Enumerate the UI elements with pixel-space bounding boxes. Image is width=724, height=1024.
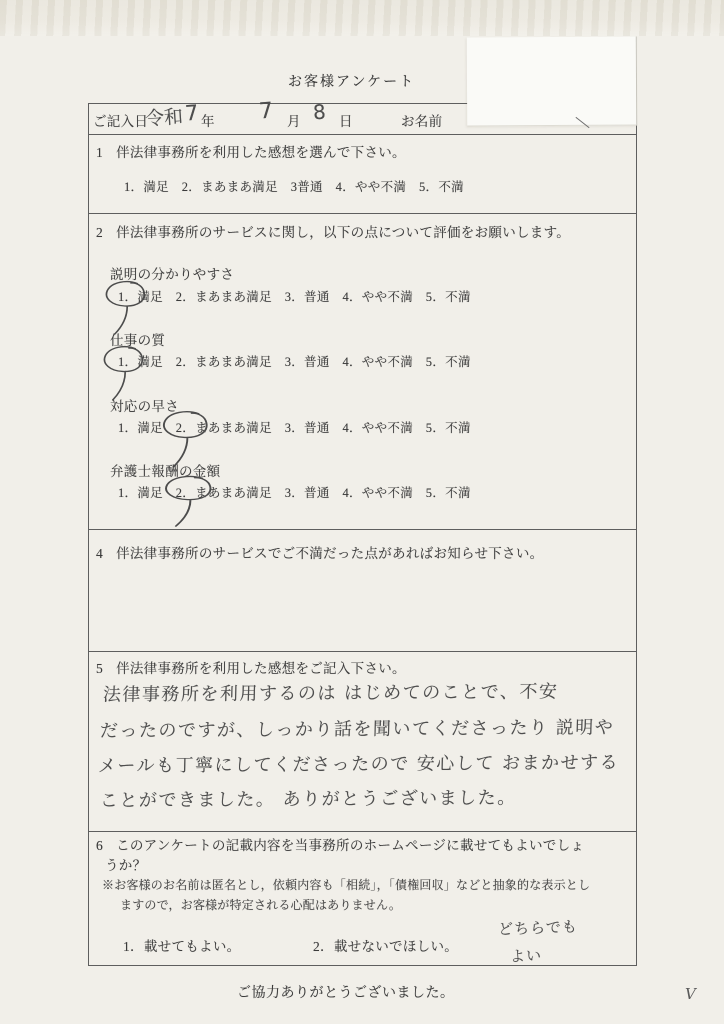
q2-prompt-line: 2伴法律事務所のサービスに関し，以下の点について評価をお願いします。 (96, 221, 570, 241)
scan-edge-artifact (0, 0, 724, 36)
rating-options-work-quality: 1．満足 2．まあまあ満足 3．普通 4．やや不満 5．不満 (118, 352, 471, 370)
handwritten-comment-line-1: 法律事務所を利用するのは はじめてのことで、不安 (103, 677, 559, 706)
q2-number: 2 (96, 225, 103, 241)
q5-number: 5 (96, 661, 103, 677)
rating-options-explanation-clarity: 1．満足 2．まあまあ満足 3．普通 4．やや不満 5．不満 (118, 287, 471, 305)
handwritten-comment-line-4: ことができました。 ありがとうございました。 (100, 784, 518, 813)
month-unit-label: 月 (287, 110, 301, 130)
q4-prompt: 伴法律事務所のサービスでご不満だった点があればお知らせ下さい。 (116, 546, 543, 561)
name-label: お名前 (401, 110, 442, 130)
handwritten-comment-line-3: メールも丁寧にしてくださったので 安心して おまかせする (98, 748, 620, 778)
q6-prompt-line-2: うか？ (105, 854, 146, 874)
handwritten-day: 8 (312, 100, 326, 125)
q5-prompt: 伴法律事務所を利用した感想をご記入下さい。 (116, 661, 406, 676)
date-label: ご記入日 (93, 110, 148, 130)
q6-prompt: このアンケートの記載内容を当事務所のホームページに載せてもよいでしょ (116, 838, 584, 853)
handwritten-year: 7 (184, 101, 199, 126)
handwritten-circle-choice-2 (162, 474, 216, 528)
handwritten-answer-line-2: よい (510, 944, 543, 966)
row-divider-q2 (88, 529, 637, 530)
form-title: お客様アンケート (288, 71, 415, 91)
handwritten-circle-choice-1 (101, 344, 147, 402)
q6-note-line-2: ますので，お客様が特定される心配はありません。 (120, 896, 401, 913)
handwritten-era: 令和 (144, 102, 184, 132)
row-divider-q1 (88, 213, 637, 214)
footer-thanks: ご協力ありがとうございました。 (237, 982, 455, 1002)
q4-prompt-line: 4伴法律事務所のサービスでご不満だった点があればお知らせ下さい。 (96, 542, 543, 562)
q5-prompt-line: 5伴法律事務所を利用した感想をご記入下さい。 (96, 657, 406, 677)
row-divider-header (88, 134, 637, 135)
redaction-tape (467, 37, 637, 127)
q6-option-publish-no: 2．載せないでほしい。 (313, 935, 458, 955)
row-divider-q4 (88, 651, 637, 652)
year-unit-label: 年 (201, 110, 215, 130)
row-divider-q5 (88, 831, 637, 832)
day-unit-label: 日 (339, 110, 353, 130)
handwritten-comment-line-2: だったのですが、しっかり話を聞いてくださったり 説明や (100, 713, 615, 743)
scanned-survey-page: お客様アンケート ご記入日 令和 7 年 7 月 8 日 お名前 1伴法律事務所… (0, 0, 724, 1024)
q6-prompt-line-1: 6このアンケートの記載内容を当事務所のホームページに載せてもよいでしょ (96, 834, 584, 854)
q1-prompt: 伴法律事務所を利用した感想を選んで下さい。 (116, 145, 406, 160)
q1-options: 1．満足 2．まあまあ満足 3普通 4．やや不満 5．不満 (124, 177, 464, 195)
q6-note-line-1: ※お客様のお名前は匿名とし，依頼内容も「相続」，「債権回収」などと抽象的な表示と… (102, 876, 590, 893)
q6-option-publish-ok: 1．載せてもよい。 (123, 935, 240, 955)
q6-number: 6 (96, 838, 103, 854)
q1-prompt-line: 1伴法律事務所を利用した感想を選んで下さい。 (96, 141, 406, 161)
q4-number: 4 (96, 546, 103, 562)
q2-prompt: 伴法律事務所のサービスに関し，以下の点について評価をお願いします。 (116, 225, 570, 240)
q1-number: 1 (96, 145, 103, 161)
handwritten-month: 7 (258, 99, 274, 125)
corner-v-mark: V (685, 985, 696, 1003)
handwritten-answer-line-1: どちらでも (498, 916, 579, 940)
handwritten-circle-choice-1 (103, 279, 149, 336)
